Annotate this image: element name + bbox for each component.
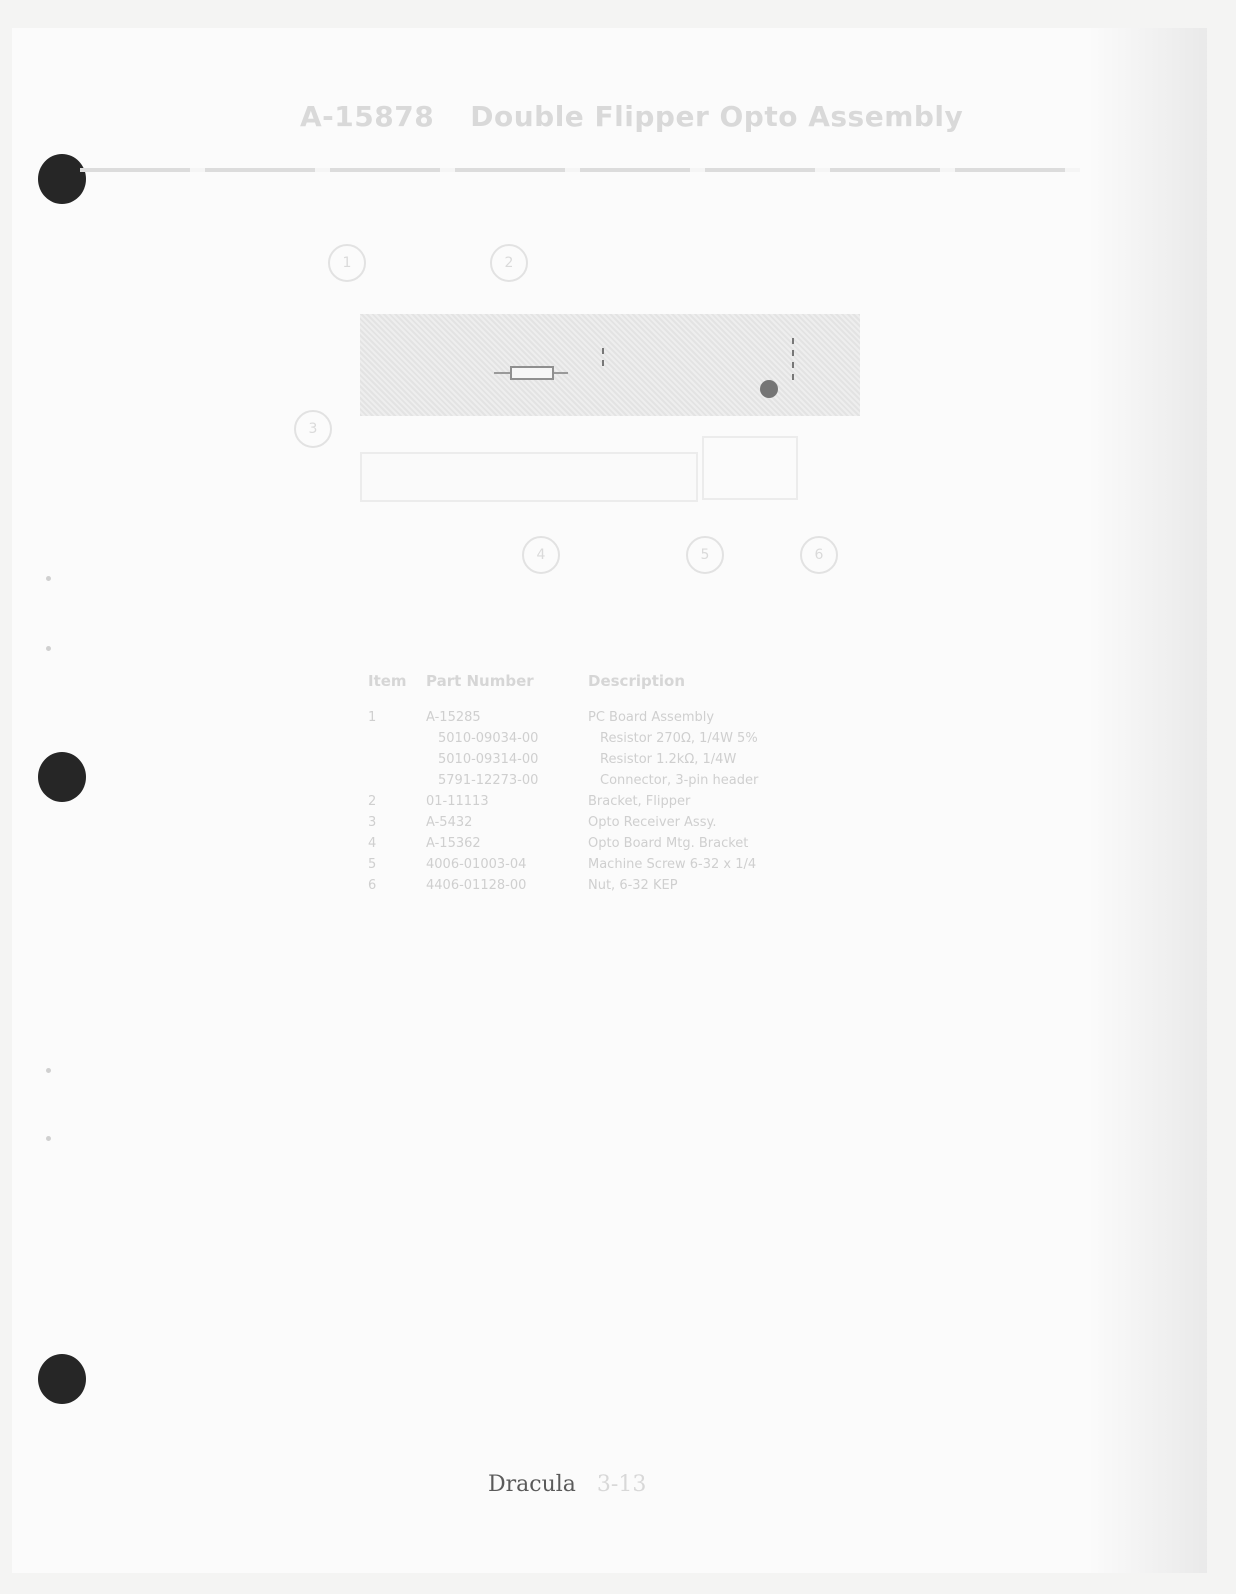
cell-item: 1	[368, 710, 426, 731]
column-header-description: Description	[588, 672, 828, 710]
cell-item	[368, 731, 426, 752]
binder-hole-icon	[38, 1354, 86, 1404]
opto-pc-board	[360, 314, 860, 416]
column-header-part-number: Part Number	[426, 672, 588, 710]
cell-part: 5791-12273-00	[426, 773, 588, 794]
footer-page-number: 3-13	[597, 1472, 646, 1497]
cell-item	[368, 773, 426, 794]
cell-item: 6	[368, 878, 426, 899]
assembly-part-number: A-15878	[300, 100, 460, 133]
cell-part: 5010-09314-00	[426, 752, 588, 773]
cell-part: A-5432	[426, 815, 588, 836]
resistor-lead	[494, 372, 510, 374]
hidden-line	[602, 348, 604, 370]
callout-5: 5	[686, 536, 724, 574]
callout-2: 2	[490, 244, 528, 282]
cell-item: 4	[368, 836, 426, 857]
binder-hole-icon	[38, 752, 86, 802]
table-row: 54006-01003-04Machine Screw 6-32 x 1/4	[368, 857, 828, 878]
page-shadow	[1087, 28, 1207, 1573]
cell-item: 2	[368, 794, 426, 815]
table-row: 5010-09034-00Resistor 270Ω, 1/4W 5%	[368, 731, 828, 752]
cell-part: 4406-01128-00	[426, 878, 588, 899]
cell-desc: Opto Board Mtg. Bracket	[588, 836, 828, 857]
cell-desc: Resistor 1.2kΩ, 1/4W	[588, 752, 828, 773]
page-title: A-15878 Double Flipper Opto Assembly	[300, 100, 963, 133]
cell-desc: Nut, 6-32 KEP	[588, 878, 828, 899]
punch-mark	[46, 576, 51, 581]
cell-part: 5010-09034-00	[426, 731, 588, 752]
parts-table-body: 1A-15285PC Board Assembly5010-09034-00Re…	[368, 710, 828, 899]
cell-desc: Machine Screw 6-32 x 1/4	[588, 857, 828, 878]
cell-part: 4006-01003-04	[426, 857, 588, 878]
punch-mark	[46, 1136, 51, 1141]
punch-mark	[46, 646, 51, 651]
cell-desc: Bracket, Flipper	[588, 794, 828, 815]
footer-game-title: Dracula	[488, 1472, 576, 1497]
cell-item: 5	[368, 857, 426, 878]
resistor-icon	[510, 366, 554, 380]
callout-3: 3	[294, 410, 332, 448]
flipper-bracket	[360, 452, 698, 502]
page-footer: Dracula 3-13	[488, 1472, 646, 1497]
cell-part: 01-11113	[426, 794, 588, 815]
cell-desc: PC Board Assembly	[588, 710, 828, 731]
table-row: 1A-15285PC Board Assembly	[368, 710, 828, 731]
cell-desc: Resistor 270Ω, 1/4W 5%	[588, 731, 828, 752]
cell-part: A-15362	[426, 836, 588, 857]
table-row: 64406-01128-00Nut, 6-32 KEP	[368, 878, 828, 899]
hidden-line	[792, 338, 794, 380]
callout-6: 6	[800, 536, 838, 574]
callout-4: 4	[522, 536, 560, 574]
cell-part: A-15285	[426, 710, 588, 731]
cell-item: 3	[368, 815, 426, 836]
table-row: 5010-09314-00Resistor 1.2kΩ, 1/4W	[368, 752, 828, 773]
led-icon	[760, 380, 778, 398]
cell-item	[368, 752, 426, 773]
resistor-lead	[554, 372, 568, 374]
punch-mark	[46, 1068, 51, 1073]
table-row: 4A-15362Opto Board Mtg. Bracket	[368, 836, 828, 857]
table-row: 201-11113Bracket, Flipper	[368, 794, 828, 815]
table-row: 5791-12273-00Connector, 3-pin header	[368, 773, 828, 794]
assembly-title: Double Flipper Opto Assembly	[470, 100, 963, 133]
cell-desc: Connector, 3-pin header	[588, 773, 828, 794]
assembly-diagram: 1 2 3 4 5 6	[290, 230, 890, 590]
cell-desc: Opto Receiver Assy.	[588, 815, 828, 836]
table-row: 3A-5432Opto Receiver Assy.	[368, 815, 828, 836]
header-rule	[80, 168, 1080, 172]
binder-hole-icon	[38, 154, 86, 204]
mounting-bracket	[702, 436, 798, 500]
callout-1: 1	[328, 244, 366, 282]
parts-table: Item Part Number Description 1A-15285PC …	[368, 672, 828, 899]
column-header-item: Item	[368, 672, 426, 710]
table-header-row: Item Part Number Description	[368, 672, 828, 710]
